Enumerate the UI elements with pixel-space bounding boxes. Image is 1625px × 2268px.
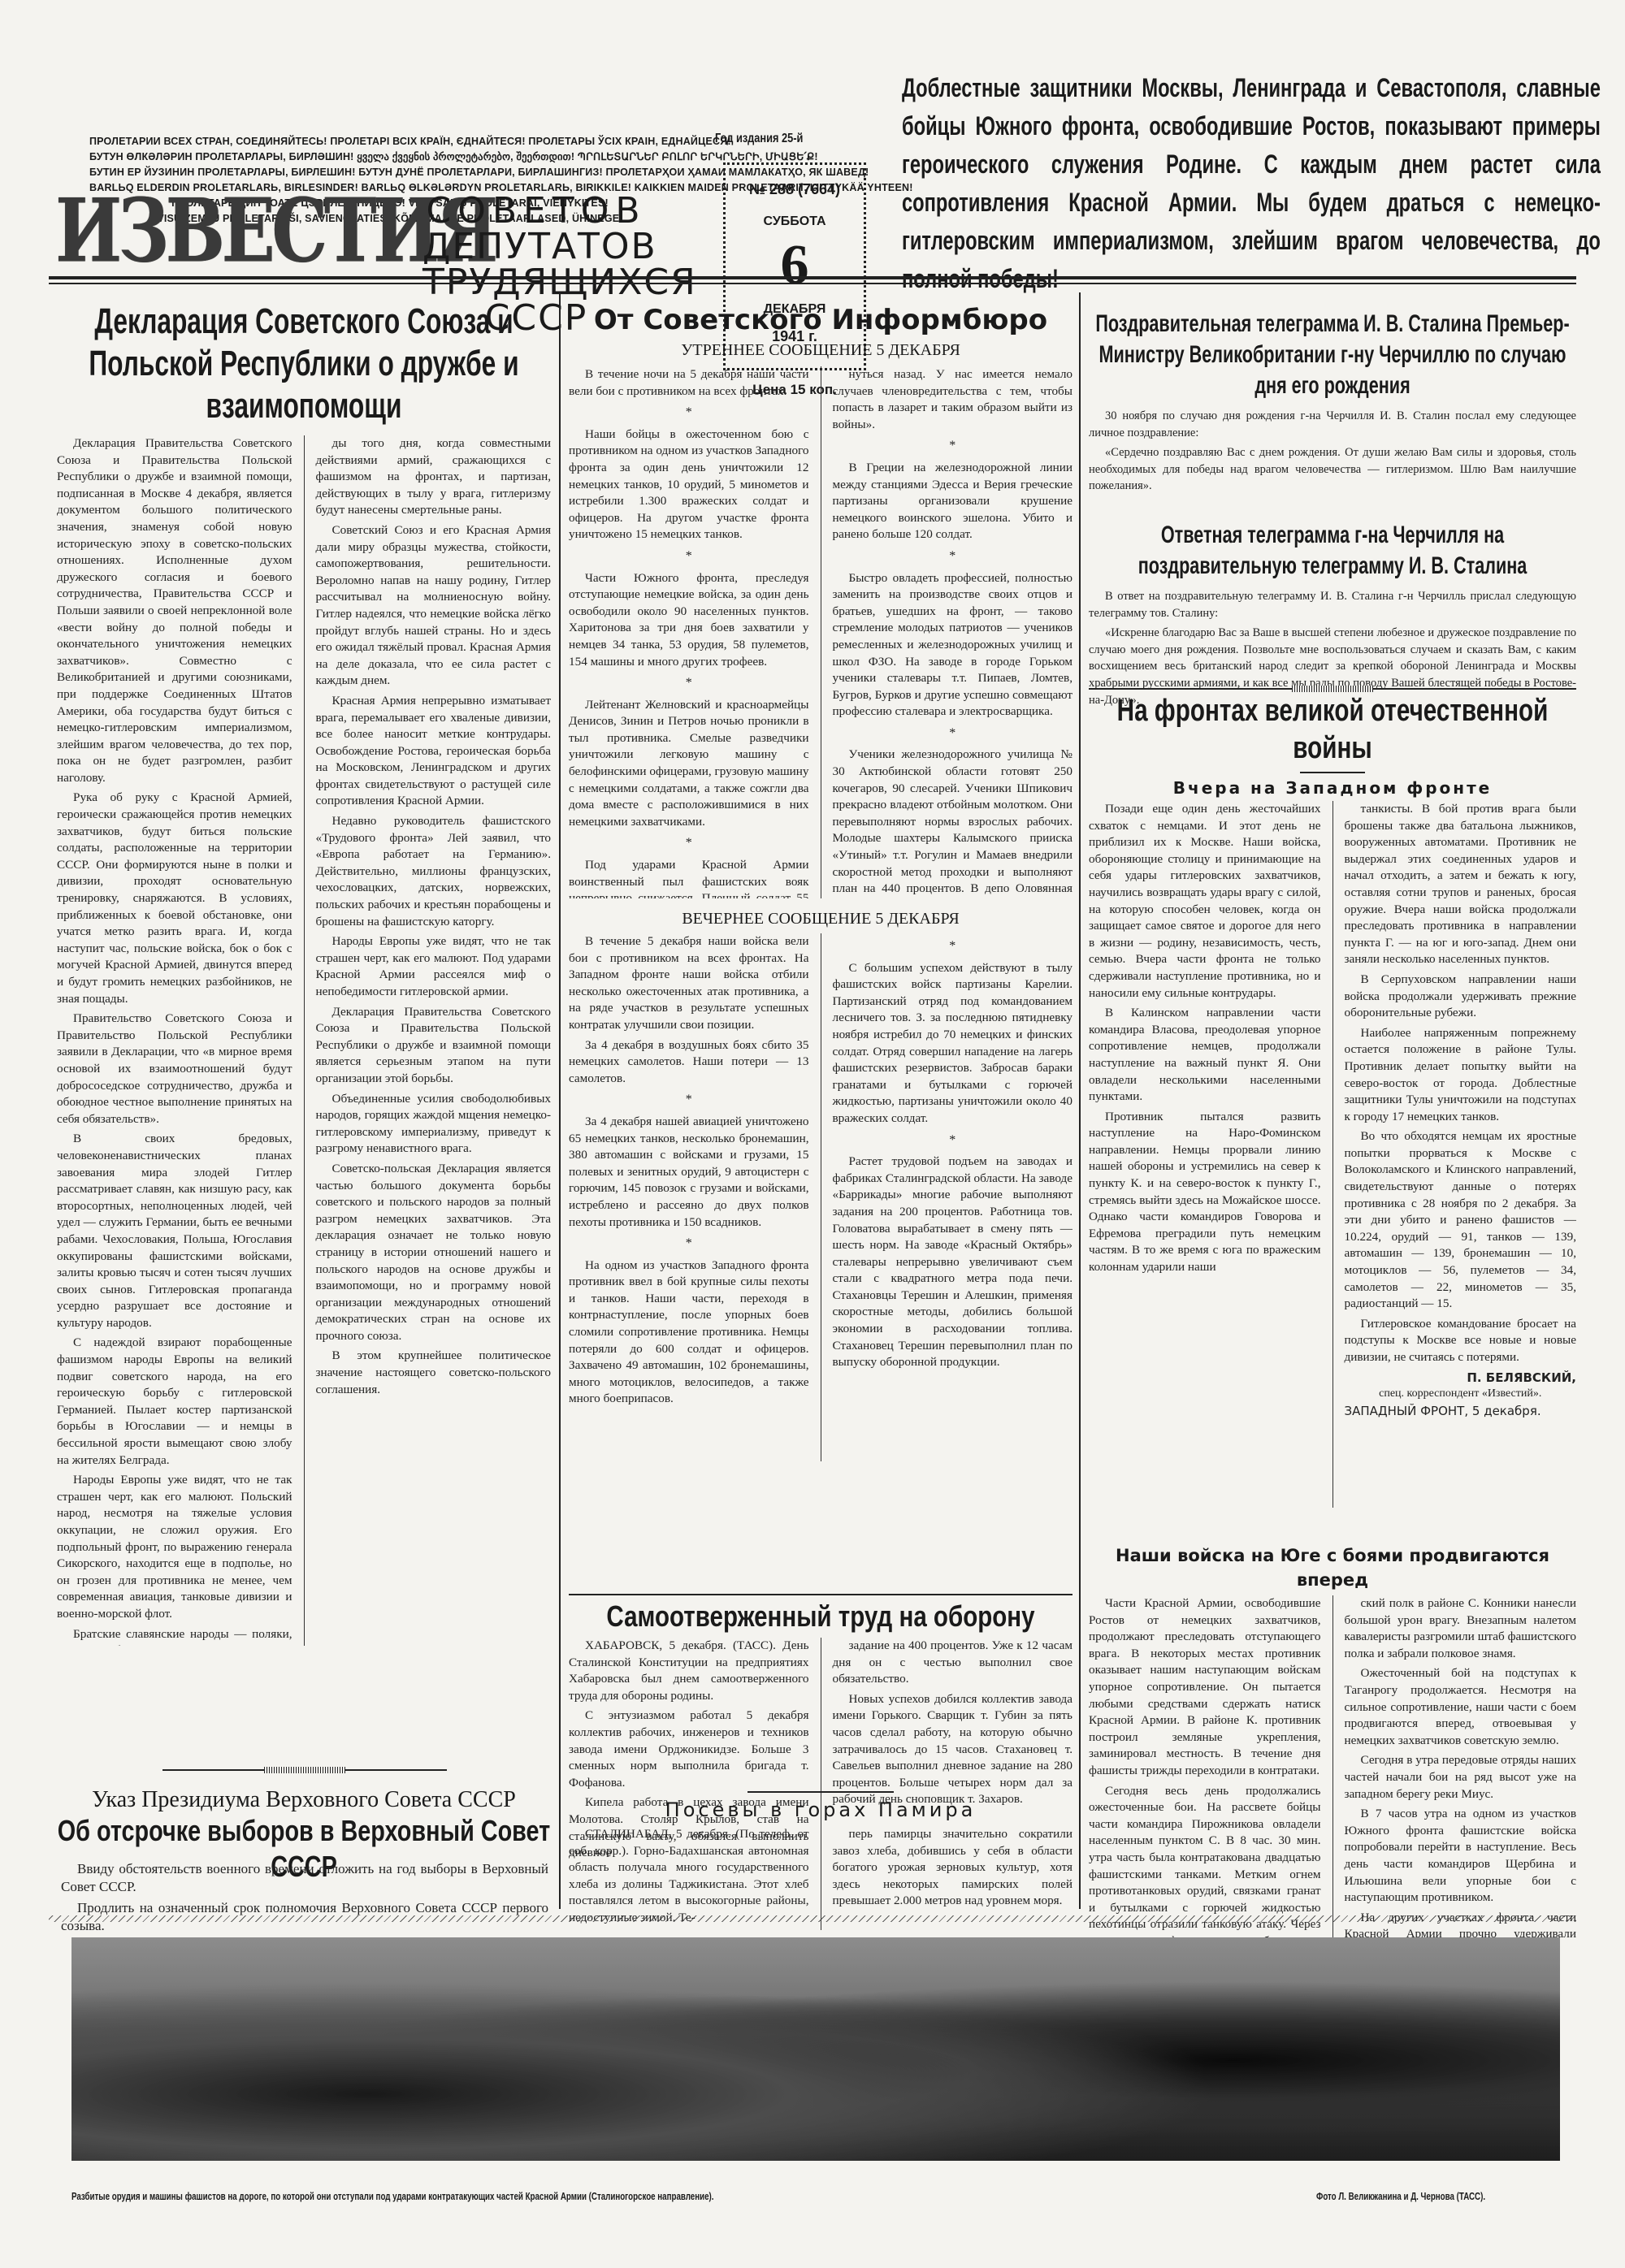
- paragraph: Красная Армия непрерывно изматывает враг…: [316, 693, 552, 810]
- text-column: Позади еще один день жесточайших схваток…: [1089, 801, 1321, 1508]
- paragraph: В 7 часов утра на одном из участков Южно…: [1345, 1806, 1577, 1907]
- paragraph: В течение ночи на 5 декабря наши части в…: [569, 366, 809, 400]
- lead-slogan: Доблестные защитники Москвы, Ленинграда …: [902, 69, 1601, 298]
- greeting-telegram: Поздравительная телеграмма И. В. Сталина…: [1089, 309, 1576, 498]
- slogan-line: Бутун өлкәләрин пролетарлары, бирләшин! …: [89, 149, 691, 165]
- section-rule: [569, 1594, 1072, 1595]
- paragraph: На одном из участков Западного фронта пр…: [569, 1257, 809, 1408]
- text-column: нуться назад. У нас имеется немало случа…: [833, 366, 1073, 898]
- star-separator: *: [569, 1236, 809, 1253]
- pamir-title: Посевы в горах Памира: [569, 1798, 1072, 1821]
- paragraph: В течение 5 декабря наши войска вели бои…: [569, 933, 809, 1034]
- text-column: танкисты. В бой против врага были брошен…: [1345, 801, 1577, 1508]
- greeting-title: Поздравительная телеграмма И. В. Сталина…: [1089, 309, 1576, 401]
- paragraph: Гитлеровское командование бросает на под…: [1345, 1316, 1577, 1366]
- paragraph: С надеждой взирают порабощенные фашизмом…: [57, 1335, 292, 1469]
- column-rule: [1332, 801, 1333, 1508]
- column-rule: [1332, 1595, 1333, 1945]
- paragraph: С энтузиазмом работал 5 декабря коллекти…: [569, 1707, 809, 1791]
- text-column: СТАЛИНАБАД, 5 декабря. (По телеф. от соб…: [569, 1826, 809, 1930]
- paragraph: Наиболее напряженным попрежнему остается…: [1345, 1025, 1577, 1126]
- short-rule: [1300, 772, 1365, 773]
- evening-header: ВЕЧЕРНЕЕ СООБЩЕНИЕ 5 ДЕКАБРЯ: [569, 910, 1072, 928]
- paragraph: За 4 декабря в воздушных боях сбито 35 н…: [569, 1037, 809, 1088]
- text-column: Части Красной Армии, освободившие Ростов…: [1089, 1595, 1321, 1945]
- section-rule: [1089, 688, 1576, 690]
- column-rule: [304, 435, 305, 1646]
- photo-credit: Фото Л. Великжанина и Д. Чернова (ТАСС).: [1316, 2190, 1485, 2202]
- column-rule: [821, 933, 821, 1461]
- paragraph: Противник пытался развить наступление на…: [1089, 1109, 1321, 1276]
- paragraph: В этом крупнейшее политическое значение …: [316, 1348, 552, 1398]
- text-column: * С большим успехом действуют в тылу фаш…: [833, 933, 1073, 1461]
- slogan-line: Пролетарии всех стран, соединяйтесь! Про…: [89, 134, 691, 149]
- paragraph: Народы Европы уже видят, что не так стра…: [57, 1472, 292, 1622]
- paragraph: СТАЛИНАБАД, 5 декабря. (По телеф. от соб…: [569, 1826, 809, 1927]
- paragraph: задание на 400 процентов. Уже к 12 часам…: [833, 1638, 1073, 1688]
- column-divider: [1079, 292, 1081, 1909]
- paragraph: С большим успехом действуют в тылу фашис…: [833, 960, 1073, 1128]
- informburo-article: От Советского Информбюро УТРЕННЕЕ СООБЩЕ…: [569, 302, 1072, 1461]
- labor-title: Самоотверженный труд на оборону: [569, 1599, 1072, 1634]
- dateline: ЗАПАДНЫЙ ФРОНТ, 5 декабря.: [1345, 1403, 1577, 1420]
- column-rule: [821, 1826, 821, 1930]
- section-rule: [162, 1769, 447, 1771]
- fronts-section: На фронтах великой отечественной войны В…: [1089, 692, 1576, 1508]
- paragraph: 30 ноября по случаю дня рождения г-на Че…: [1089, 408, 1576, 441]
- reply-telegram: Ответная телеграмма г-на Черчилля на поз…: [1089, 520, 1576, 712]
- star-separator: *: [833, 725, 1073, 742]
- weekday: СУББОТА: [726, 214, 864, 229]
- paragraph: ский полк в районе С. Конники нанесли бо…: [1345, 1595, 1577, 1662]
- pamir-body: СТАЛИНАБАД, 5 декабря. (По телеф. от соб…: [569, 1826, 1072, 1930]
- west-front-body: Позади еще один день жесточайших схваток…: [1089, 801, 1576, 1508]
- reply-title: Ответная телеграмма г-на Черчилля на поз…: [1089, 520, 1576, 582]
- paragraph: Недавно руководитель фашистского «Трудов…: [316, 813, 552, 930]
- star-separator: *: [833, 1132, 1073, 1149]
- declaration-title: Декларация Советского Союза и Польской Р…: [57, 301, 551, 427]
- paragraph: Объединенные усилия свободолюбивых народ…: [316, 1091, 552, 1158]
- text-column: Декларация Правительства Советского Союз…: [57, 435, 292, 1646]
- column-rule: [821, 366, 821, 898]
- text-column: В течение 5 декабря наши войска вели бои…: [569, 933, 809, 1461]
- author-role: спец. корреспондент «Известий».: [1345, 1386, 1577, 1403]
- greeting-body: 30 ноября по случаю дня рождения г-на Че…: [1089, 408, 1576, 495]
- paragraph: Лейтенант Желновский и красноармейцы Ден…: [569, 697, 809, 831]
- star-separator: *: [569, 405, 809, 422]
- paragraph: Правительство Советского Союза и Правите…: [57, 1011, 292, 1128]
- star-separator: *: [569, 835, 809, 852]
- declaration-body: Декларация Правительства Советского Союз…: [57, 435, 551, 1646]
- star-separator: *: [833, 548, 1073, 565]
- paragraph: Рука об руку с Красной Армией, героическ…: [57, 790, 292, 1007]
- paragraph: В Калинском направлении части командира …: [1089, 1005, 1321, 1106]
- declaration-article: Декларация Советского Союза и Польской Р…: [57, 301, 551, 1646]
- quote: «Сердечно поздравляю Вас с днем рождения…: [1089, 444, 1576, 495]
- star-separator: *: [833, 938, 1073, 955]
- text-column: В течение ночи на 5 декабря наши части в…: [569, 366, 809, 898]
- paragraph: В Греции на железнодорожной линии между …: [833, 460, 1073, 543]
- subtitle-line: СОВЕТОВ: [422, 193, 650, 229]
- evening-body: В течение 5 декабря наши войска вели бои…: [569, 933, 1072, 1461]
- star-separator: *: [833, 438, 1073, 455]
- paragraph: танкисты. В бой против врага были брошен…: [1345, 801, 1577, 968]
- morning-body: В течение ночи на 5 декабря наши части в…: [569, 366, 1072, 898]
- paragraph: Сегодня в утра передовые отряды наших ча…: [1345, 1752, 1577, 1803]
- text-column: ский полк в районе С. Конники нанесли бо…: [1345, 1595, 1577, 1945]
- paragraph: Братские славянские народы — поляки, чех…: [57, 1626, 292, 1646]
- paragraph: ды того дня, когда совместными действиям…: [316, 435, 552, 519]
- fronts-title: На фронтах великой отечественной войны: [1089, 692, 1577, 767]
- informburo-title: От Советского Информбюро: [569, 302, 1072, 338]
- paragraph: Под ударами Красной Армии воинственный п…: [569, 857, 809, 898]
- paragraph: Народы Европы уже видят, что не так стра…: [316, 933, 552, 1000]
- paragraph: В своих бредовых, человеконенавистническ…: [57, 1131, 292, 1331]
- south-front-header: Наши войска на Юге с боями продвигаются …: [1089, 1543, 1576, 1592]
- paragraph: Части Южного фронта, преследуя отступающ…: [569, 570, 809, 671]
- issue-number: № 288 (7664): [726, 181, 864, 198]
- paragraph: Наши бойцы в ожесточенном бою с противни…: [569, 426, 809, 543]
- paragraph: За 4 декабря нашей авиацией уничтожено 6…: [569, 1114, 809, 1231]
- paragraph: Декларация Правительства Советского Союз…: [57, 435, 292, 786]
- paragraph: нуться назад. У нас имеется немало случа…: [833, 366, 1073, 433]
- paragraph: В Серпуховском направлении наши войска п…: [1345, 972, 1577, 1022]
- pamir-article: Посевы в горах Памира СТАЛИНАБАД, 5 дека…: [569, 1798, 1072, 1930]
- paragraph: Позади еще один день жесточайших схваток…: [1089, 801, 1321, 1002]
- paragraph: Советско-польская Декларация является ча…: [316, 1161, 552, 1345]
- paragraph: Ожесточенный бой на подступах к Таганрог…: [1345, 1665, 1577, 1749]
- author: П. БЕЛЯВСКИЙ,: [1345, 1370, 1577, 1387]
- star-separator: *: [569, 548, 809, 565]
- paragraph: Ученики железнодорожного училища № 30 Ак…: [833, 747, 1073, 898]
- paragraph: Быстро овладеть профессией, полностью за…: [833, 570, 1073, 721]
- west-front-header: Вчера на Западном фронте: [1089, 778, 1576, 798]
- paragraph: В ответ на поздравительную телеграмму И.…: [1089, 588, 1576, 621]
- paragraph: перь памирцы значительно сократили завоз…: [833, 1826, 1073, 1910]
- south-front-article: Наши войска на Юге с боями продвигаются …: [1089, 1543, 1576, 1945]
- column-divider: [559, 292, 561, 1909]
- slogan-line: Бутин ер йузинин пролетарлары, бирлешин!…: [89, 165, 691, 180]
- photo-caption: Разбитые орудия и машины фашистов на дор…: [71, 2190, 1046, 2202]
- paragraph: Во что обходятся немцам их яростные попы…: [1345, 1128, 1577, 1313]
- paragraph: Растет трудовой подъем на заводах и фабр…: [833, 1153, 1073, 1371]
- south-front-body: Части Красной Армии, освободившие Ростов…: [1089, 1595, 1576, 1945]
- morning-header: УТРЕННЕЕ СООБЩЕНИЕ 5 ДЕКАБРЯ: [569, 341, 1072, 360]
- text-column: перь памирцы значительно сократили завоз…: [833, 1826, 1073, 1930]
- paragraph: ХАБАРОВСК, 5 декабря. (ТАСС). День Стали…: [569, 1638, 809, 1704]
- paragraph: Ввиду обстоятельств военного времени отл…: [61, 1860, 548, 1896]
- year-of-publication: Год издания 25-й: [715, 132, 803, 146]
- wavy-rule: [49, 1915, 1576, 1922]
- star-separator: *: [569, 675, 809, 692]
- paragraph: Части Красной Армии, освободившие Ростов…: [1089, 1595, 1321, 1780]
- masthead-double-rule: [49, 276, 1576, 284]
- text-column: ды того дня, когда совместными действиям…: [316, 435, 552, 1646]
- star-separator: *: [569, 1092, 809, 1109]
- paragraph: Советский Союз и его Красная Армия дали …: [316, 522, 552, 690]
- subtitle-line: ДЕПУТАТОВ: [422, 229, 650, 265]
- short-rule: [747, 1791, 894, 1793]
- day: 6: [726, 229, 864, 302]
- paragraph: Декларация Правительства Советского Союз…: [316, 1004, 552, 1088]
- war-photograph: [71, 1937, 1560, 2161]
